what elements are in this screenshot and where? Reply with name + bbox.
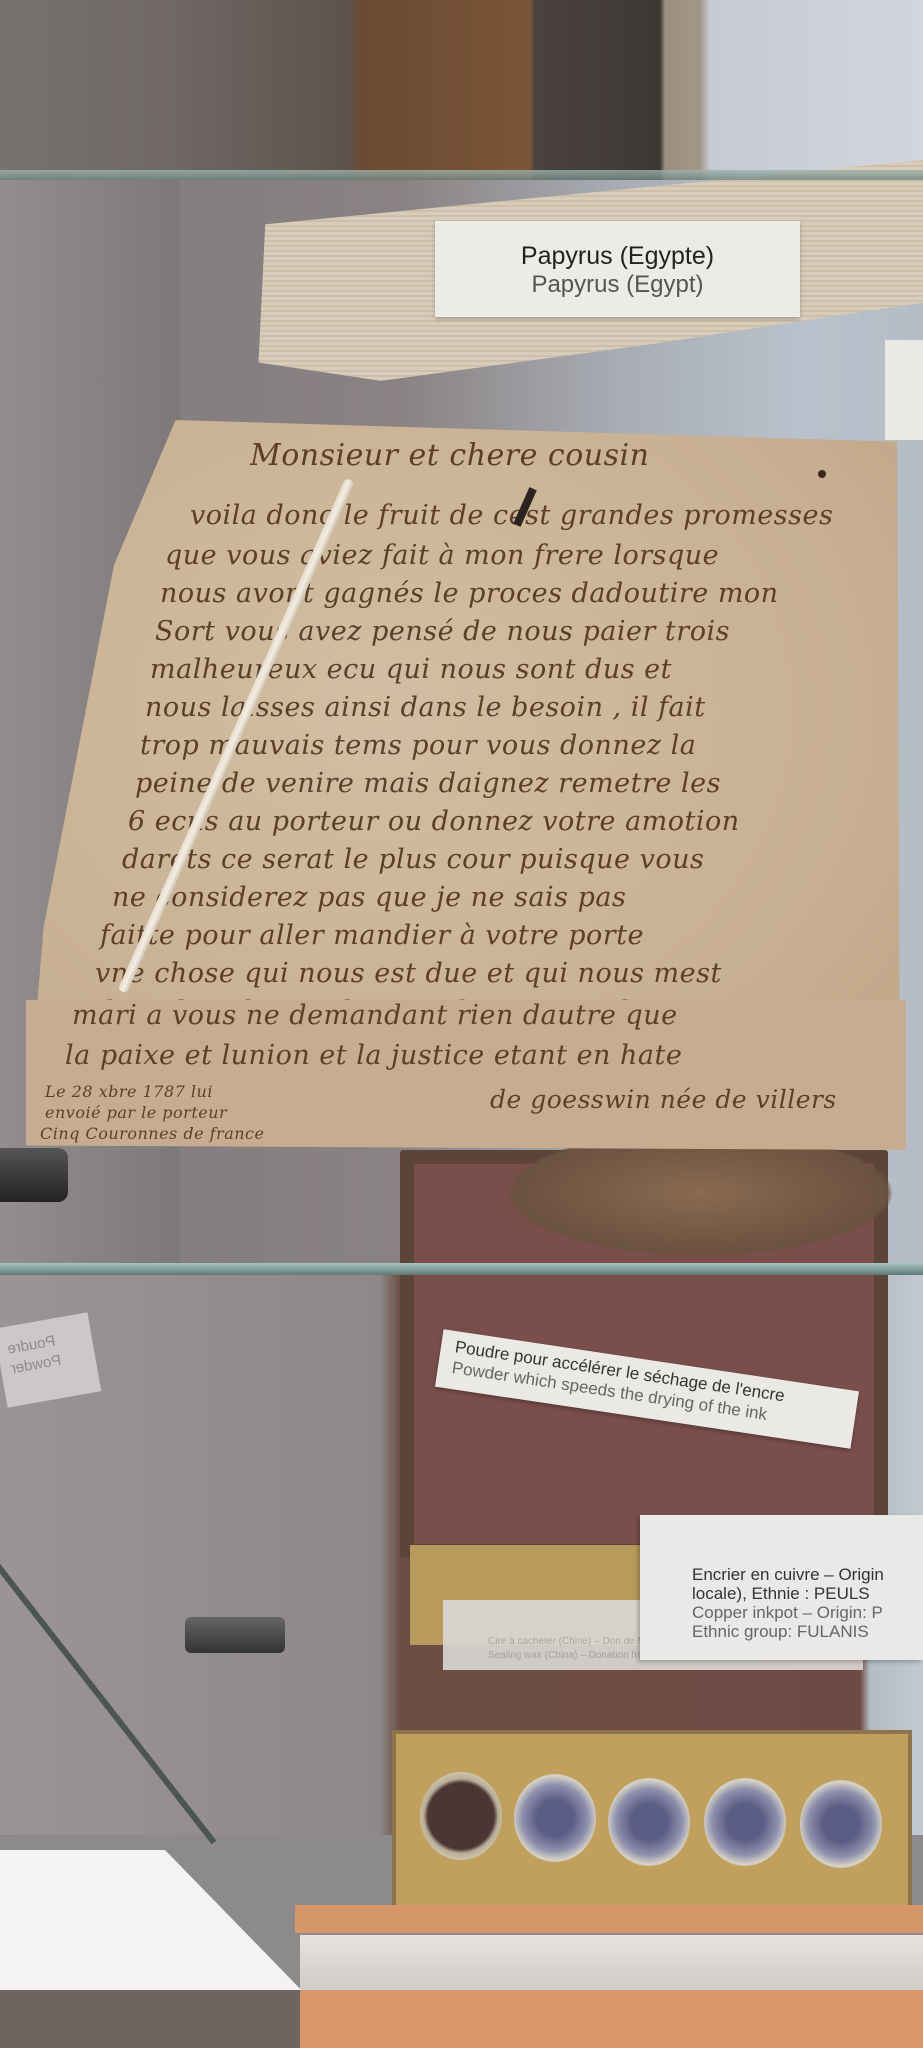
papyrus-label: Papyrus (Egypte) Papyrus (Egypt): [435, 221, 800, 317]
papyrus-label-english: Papyrus (Egypt): [435, 271, 800, 299]
room-background: [0, 0, 923, 180]
inkpot-label-line: Copper inkpot – Origin: P: [692, 1603, 883, 1622]
letter-annotation: Cinq Couronnes de france: [40, 1124, 264, 1143]
floor-tiles: [0, 1990, 300, 2048]
reflected-label: Poudre Powder: [0, 1312, 101, 1407]
inkpot-label-line: Ethnic group: FULANIS: [692, 1622, 869, 1641]
partial-label-card: [885, 340, 923, 440]
letter-annotation: Le 28 xbre 1787 lui: [45, 1082, 213, 1101]
case-hinge-knob: [0, 1148, 68, 1202]
inkpot-label-line: Encrier en cuivre – Origin: [692, 1565, 884, 1584]
letter-line: darets ce serat le plus cour puisque vou…: [122, 844, 704, 875]
letter-annotation: envoié par le porteur: [45, 1103, 227, 1122]
wax-seal: [608, 1778, 690, 1866]
ink-spot: [818, 470, 826, 478]
letter-line: mari a vous ne demandant rien dautre que: [72, 1000, 678, 1031]
letter-line: voila donc le fruit de cest grandes prom…: [190, 500, 833, 531]
letter-signature: de goesswin née de villers: [490, 1085, 837, 1114]
letter-line: que vous aviez fait à mon frere lorsque: [165, 540, 719, 571]
gilt-ornament: [480, 1145, 920, 1265]
letter-line: la paixe et lunion et la justice etant e…: [65, 1040, 682, 1071]
glass-lid-edge: [0, 170, 923, 180]
letter-line: malheureux ecu qui nous sont dus et: [150, 654, 672, 685]
papyrus-label-french: Papyrus (Egypte): [435, 241, 800, 271]
letter-salutation: Monsieur et chere cousin: [250, 438, 649, 473]
letter-line: 6 ecus au porteur ou donnez votre amotio…: [128, 806, 740, 837]
letter-line: ne considerez pas que je ne sais pas: [112, 882, 626, 913]
case-base-plinth: [300, 1935, 923, 1995]
letter-line: vne chose qui nous est due et qui nous m…: [95, 958, 722, 989]
glass-shelf: [0, 1263, 923, 1275]
wax-seal: [704, 1778, 786, 1866]
letter-line: nous avont gagnés le proces dadoutire mo…: [160, 578, 779, 609]
wax-seal-tray: [392, 1730, 912, 1928]
inkpot-label: Encrier en cuivre – Origin locale), Ethn…: [640, 1515, 923, 1660]
inkpot-label-line: locale), Ethnie : PEULS: [692, 1584, 870, 1603]
wax-seal: [514, 1774, 596, 1862]
letter-line: Sort vous avez pensé de nous paier trois: [155, 616, 730, 647]
case-hinge-knob: [185, 1617, 285, 1653]
letter-line: faitte pour aller mandier à votre porte: [100, 920, 644, 951]
wax-seal: [800, 1780, 882, 1868]
case-base-trim: [295, 1905, 923, 1933]
wax-seal: [420, 1772, 502, 1860]
letter-line: nous laisses ainsi dans le besoin , il f…: [145, 692, 706, 723]
case-base-trim: [300, 1990, 923, 2048]
